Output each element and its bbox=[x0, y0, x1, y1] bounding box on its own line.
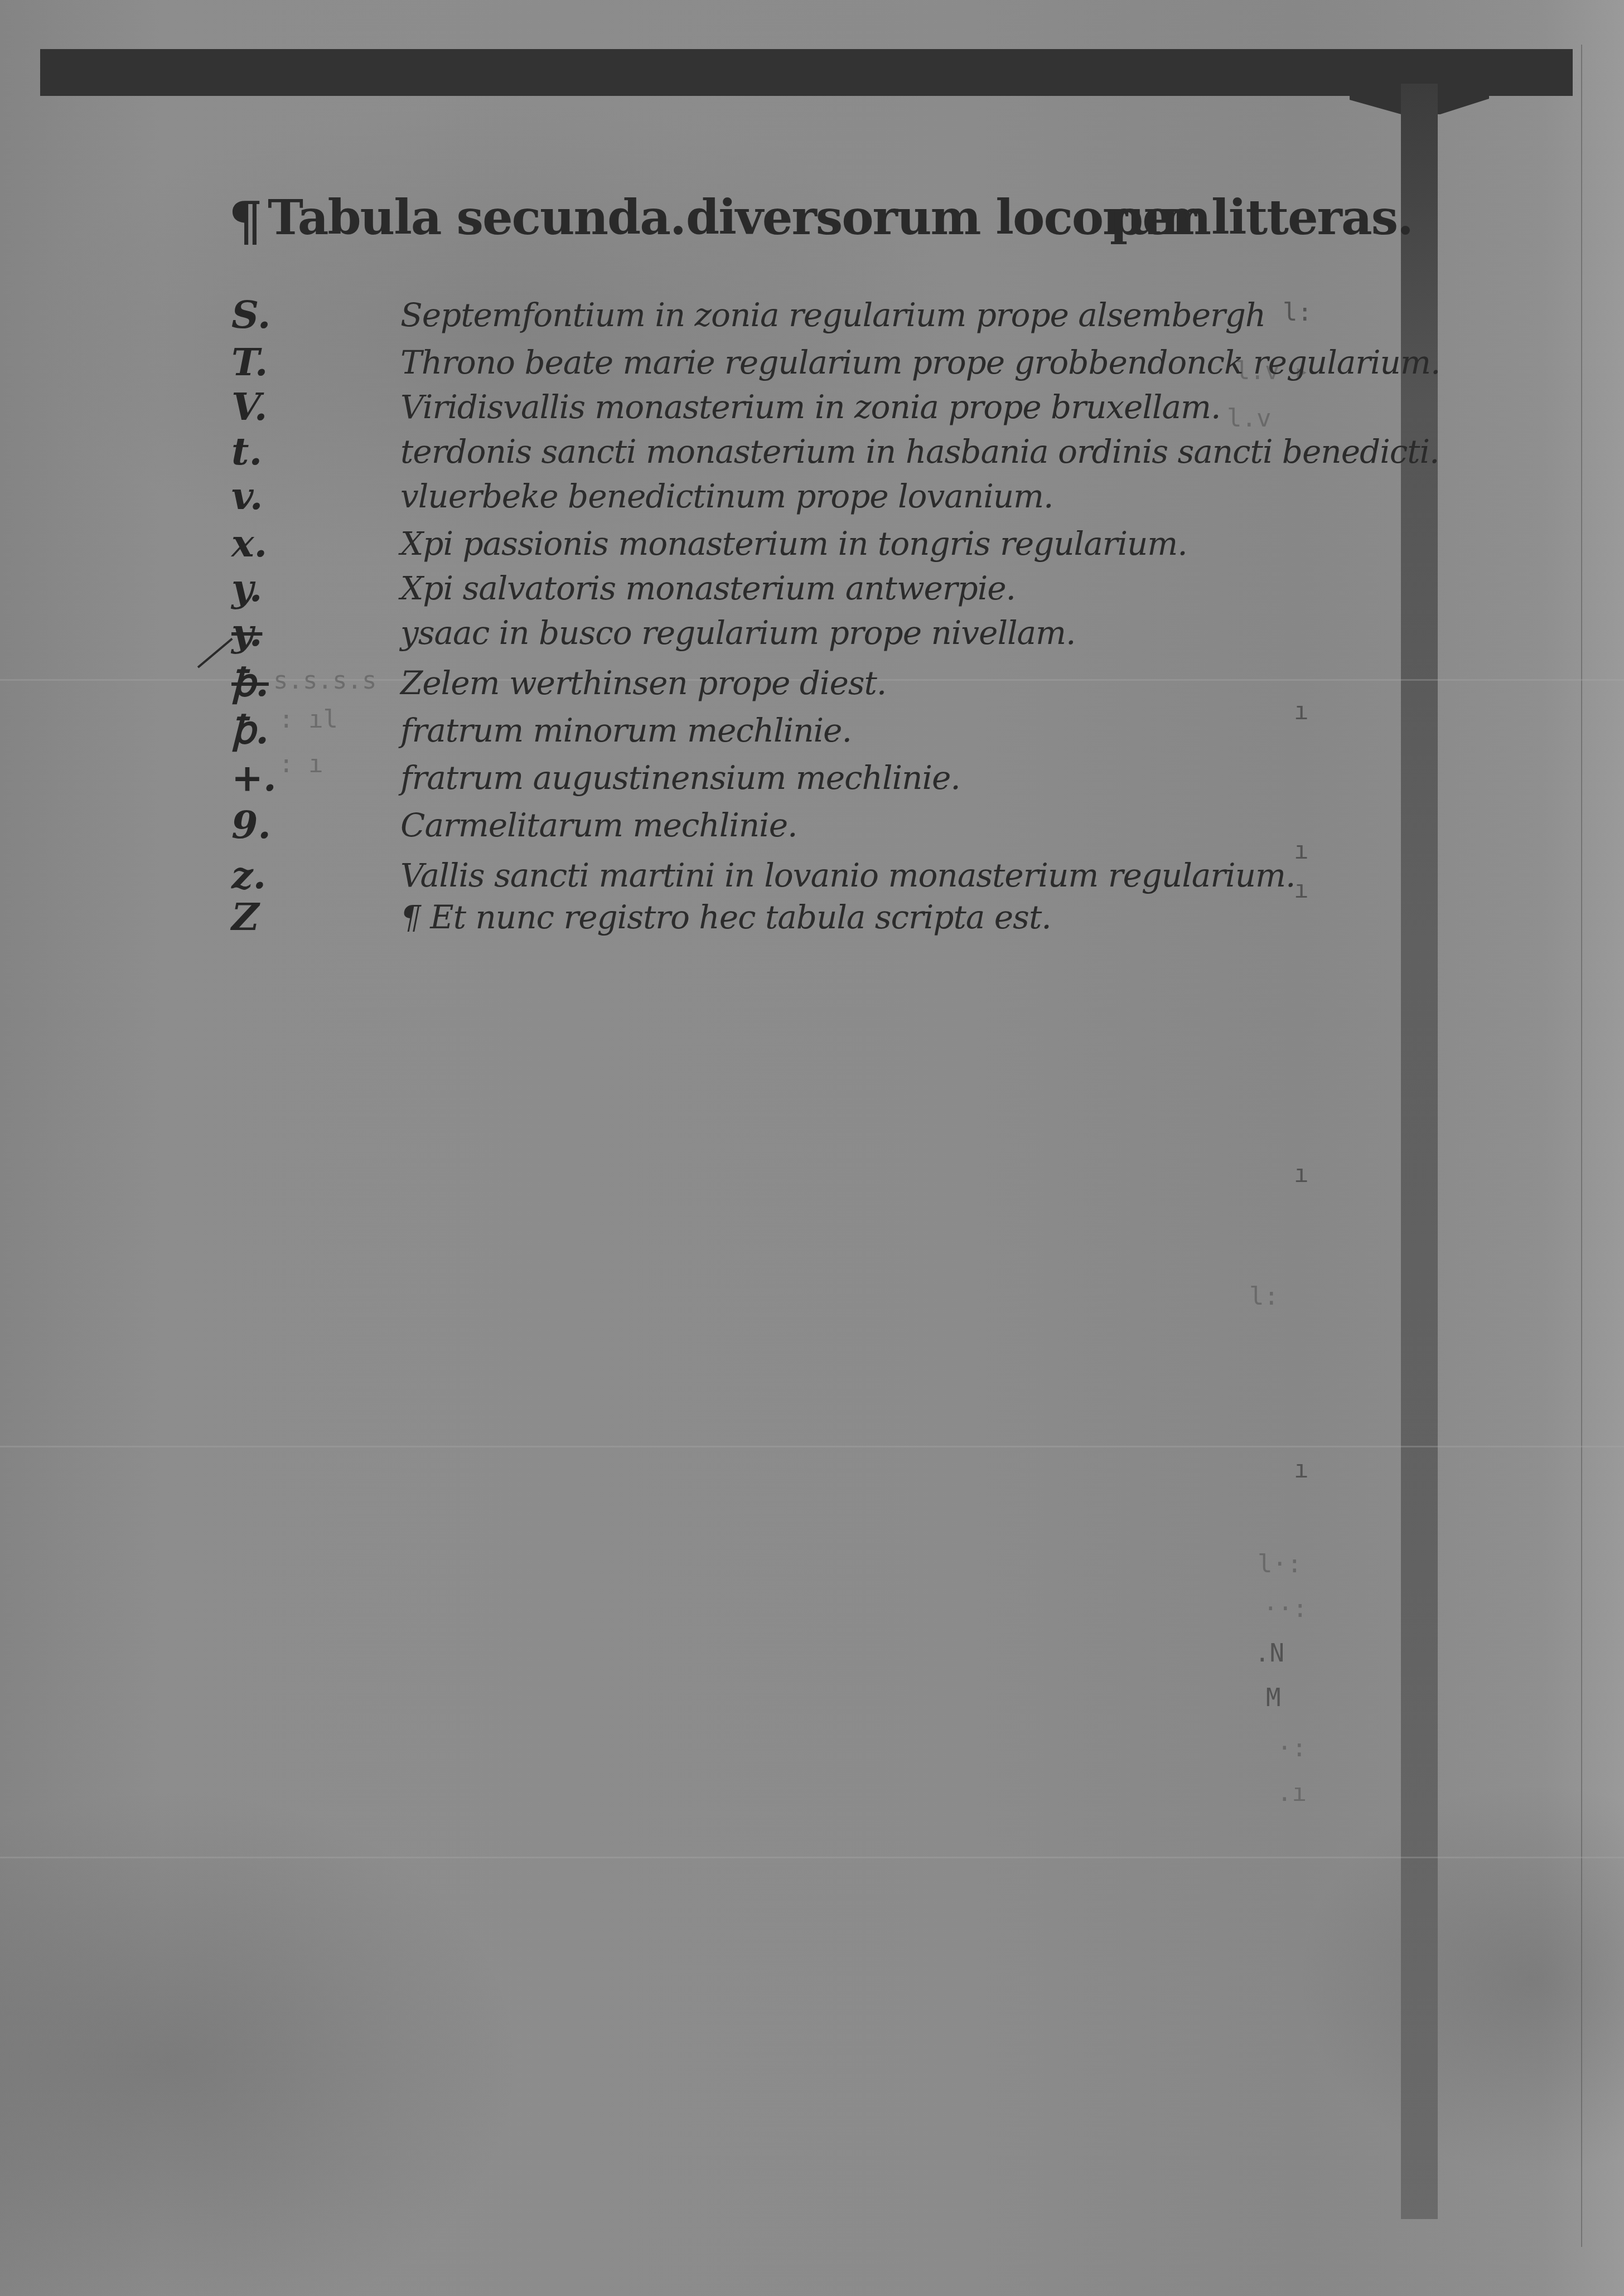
binding-strip-vertical bbox=[1401, 84, 1438, 2219]
entry-text: Xpi passionis monasterium in tongris reg… bbox=[400, 525, 1187, 563]
entry-text: ¶ Et nunc registro hec tabula scripta es… bbox=[400, 898, 1051, 936]
entry-row: Z ¶ Et nunc registro hec tabula scripta … bbox=[0, 895, 1338, 935]
margin-mark: ı bbox=[1294, 697, 1309, 725]
pilcrow-icon: ¶ bbox=[229, 190, 262, 253]
entry-text: ysaac in busco regularium prope nivellam… bbox=[400, 614, 1076, 652]
binding-strip-top bbox=[40, 49, 1573, 96]
entry-row: t. terdonis sancti monasterium in hasban… bbox=[0, 429, 1338, 469]
margin-mark: ı bbox=[1294, 875, 1309, 904]
margin-mark: .ı bbox=[1277, 1779, 1307, 1807]
entry-row: T. Throno beate marie regularium prope g… bbox=[0, 340, 1338, 380]
entry-text: terdonis sancti monasterium in hasbania … bbox=[400, 433, 1439, 471]
entry-letter: t. bbox=[231, 429, 262, 474]
manuscript-page: ¶ Tabula secunda. diversorum locorum per… bbox=[0, 0, 1624, 2296]
margin-mark: l.v ▸ bbox=[1235, 357, 1309, 385]
fold-line bbox=[0, 1857, 1624, 1858]
margin-mark: s.s.s.s bbox=[273, 666, 376, 695]
entry-text: fratrum augustinensium mechlinie. bbox=[400, 759, 960, 797]
entry-letter: v. bbox=[231, 474, 263, 519]
entry-text: Carmelitarum mechlinie. bbox=[400, 806, 797, 844]
margin-mark: l.v bbox=[1227, 404, 1271, 433]
entry-letter: y. bbox=[231, 611, 262, 655]
entry-letter: T. bbox=[231, 340, 268, 385]
entry-letter: V. bbox=[231, 385, 268, 429]
margin-mark: ı bbox=[1294, 1455, 1309, 1484]
page-edge bbox=[1581, 45, 1582, 2247]
entry-letter: ꝥ. bbox=[231, 708, 269, 753]
entry-row: y. ysaac in busco regularium prope nivel… bbox=[0, 611, 1338, 651]
entry-row: V. Viridisvallis monasterium in zonia pr… bbox=[0, 385, 1338, 425]
fold-line bbox=[0, 1446, 1624, 1447]
margin-mark: ı bbox=[1294, 1160, 1309, 1188]
page-header: ¶ Tabula secunda. diversorum locorum per… bbox=[229, 190, 1344, 251]
margin-mark: M bbox=[1266, 1684, 1281, 1712]
entry-row: +. fratrum augustinensium mechlinie. bbox=[0, 755, 1338, 796]
entry-letter: S. bbox=[231, 293, 270, 337]
entry-text: Vallis sancti martini in lovanio monaste… bbox=[400, 856, 1295, 894]
entry-text: fratrum minorum mechlinie. bbox=[400, 711, 852, 749]
margin-mark: ı bbox=[1294, 836, 1309, 865]
entry-row: z. Vallis sancti martini in lovanio mona… bbox=[0, 853, 1338, 893]
entry-text: vluerbeke benedictinum prope lovanium. bbox=[400, 477, 1053, 515]
entry-letter: x. bbox=[231, 521, 267, 566]
entry-letter: +. bbox=[231, 755, 277, 800]
margin-mark: .N bbox=[1255, 1639, 1284, 1668]
entry-letter: Z bbox=[231, 895, 259, 939]
entry-text: Viridisvallis monasterium in zonia prope… bbox=[400, 388, 1220, 426]
entry-row: x. Xpi passionis monasterium in tongris … bbox=[0, 521, 1338, 561]
entry-letter: 9. bbox=[231, 803, 271, 847]
entry-row: ꝥ. fratrum minorum mechlinie. bbox=[0, 708, 1338, 748]
entry-letter: y. bbox=[231, 566, 262, 611]
entry-row: S. Septemfontium in zonia regularium pro… bbox=[0, 293, 1338, 333]
margin-mark: l: bbox=[1283, 298, 1312, 327]
entry-text: Septemfontium in zonia regularium prope … bbox=[400, 296, 1265, 334]
entry-row: 9. Carmelitarum mechlinie. bbox=[0, 803, 1338, 843]
margin-mark: l: bbox=[1249, 1282, 1279, 1311]
table-qualifier: per litteras. bbox=[1110, 190, 1413, 246]
margin-mark: ·: bbox=[1277, 1734, 1307, 1762]
entry-text: Zelem werthinsen prope diest. bbox=[400, 664, 886, 702]
entry-letter: ꝥ. bbox=[231, 661, 269, 705]
table-title: Tabula secunda. bbox=[268, 190, 685, 246]
margin-mark: : ı bbox=[279, 750, 323, 778]
entry-row: y. Xpi salvatoris monasterium antwerpie. bbox=[0, 566, 1338, 606]
entry-text: Xpi salvatoris monasterium antwerpie. bbox=[400, 569, 1016, 607]
entry-row: ꝥ. Zelem werthinsen prope diest. bbox=[0, 661, 1338, 701]
entry-letter: z. bbox=[231, 853, 266, 898]
entry-row: v. vluerbeke benedictinum prope lovanium… bbox=[0, 474, 1338, 514]
margin-mark: ··: bbox=[1263, 1595, 1307, 1623]
margin-mark: l·: bbox=[1258, 1550, 1302, 1578]
margin-mark: : ıl bbox=[279, 705, 338, 734]
